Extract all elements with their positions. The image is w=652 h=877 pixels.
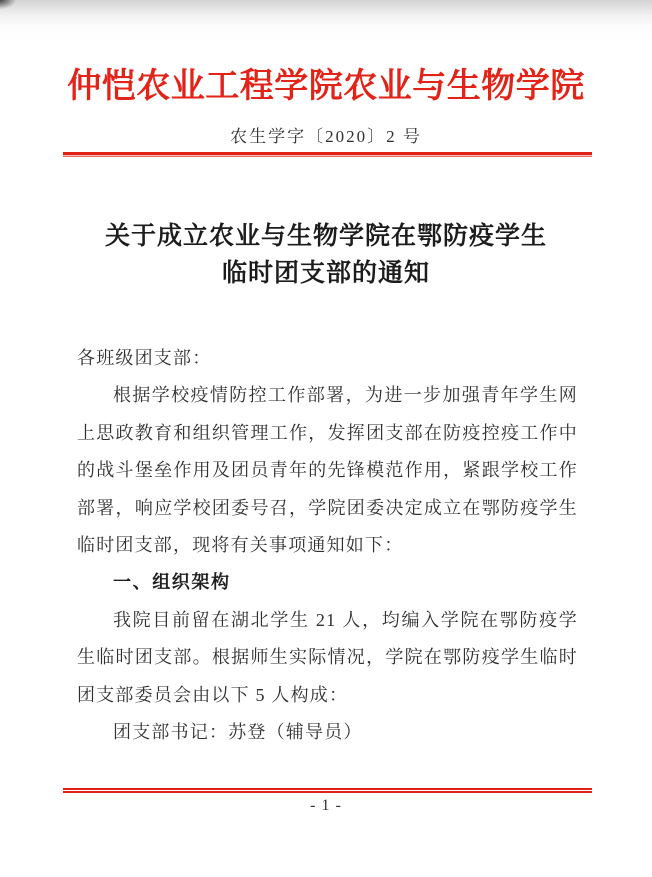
document-title-line1: 关于成立农业与生物学院在鄂防疫学生 [0, 218, 652, 255]
secretary-line: 团支部书记：苏登（辅导员） [77, 714, 578, 751]
document-title-line2: 临时团支部的通知 [0, 255, 652, 292]
scan-corner-artifact [0, 0, 16, 9]
scan-edge-shadow [0, 0, 652, 42]
org-title: 仲恺农业工程学院农业与生物学院 [0, 63, 652, 111]
section-heading-1: 一、组织架构 [77, 564, 578, 601]
paragraph-organization: 我院目前留在湖北学生 21 人，均编入学院在鄂防疫学生临时团支部。根据师生实际情… [77, 602, 578, 714]
doc-number: 农生学字〔2020〕2 号 [0, 126, 652, 148]
salutation: 各班级团支部： [77, 340, 578, 377]
header-rule [63, 152, 592, 157]
document-body: 各班级团支部： 根据学校疫情防控工作部署，为进一步加强青年学生网上思政教育和组织… [77, 340, 578, 751]
document-title: 关于成立农业与生物学院在鄂防疫学生 临时团支部的通知 [0, 218, 652, 292]
page-number: - 1 - [0, 797, 652, 815]
paragraph-intro: 根据学校疫情防控工作部署，为进一步加强青年学生网上思政教育和组织管理工作，发挥团… [77, 377, 578, 564]
footer-rule [63, 788, 592, 793]
document-page: 仲恺农业工程学院农业与生物学院 农生学字〔2020〕2 号 关于成立农业与生物学… [0, 0, 652, 877]
